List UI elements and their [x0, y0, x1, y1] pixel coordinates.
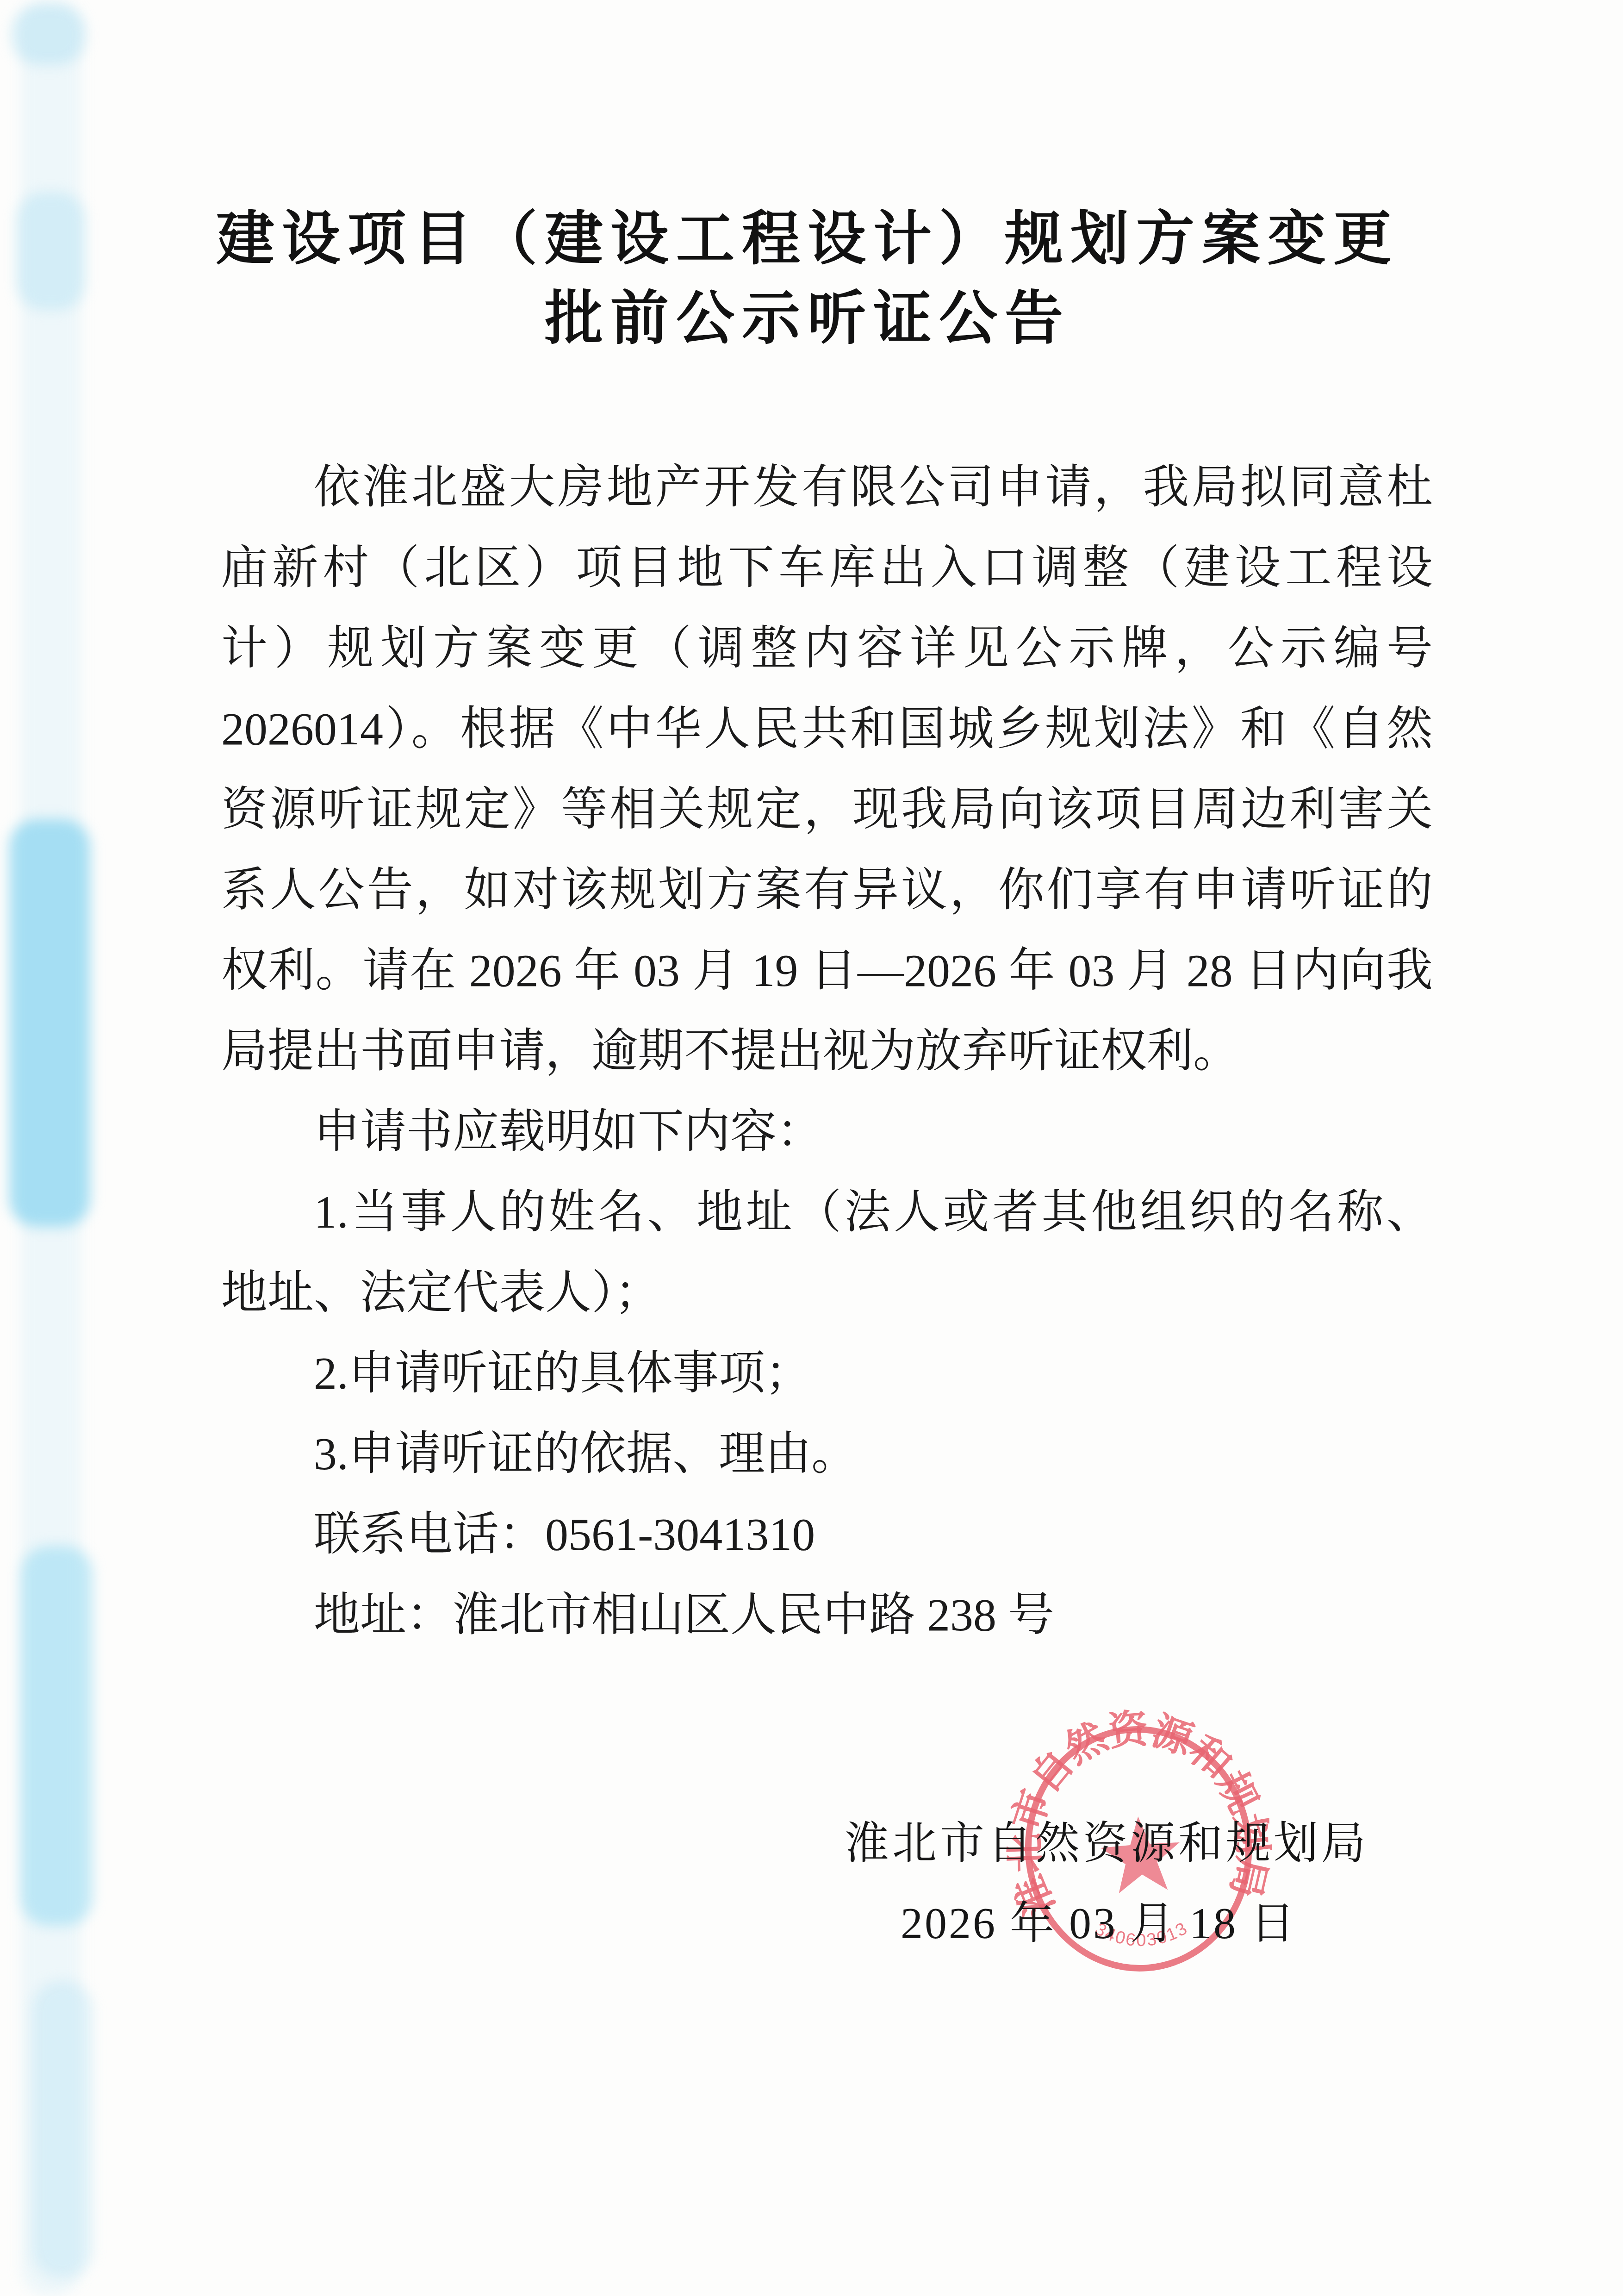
- body-line: 申请书应载明如下内容：: [221, 1092, 1433, 1172]
- body-line: 权利。请在 2026 年 03 月 19 日—2026 年 03 月 28 日内…: [221, 930, 1433, 1011]
- body-line: 计）规划方案变更（调整内容详见公示牌，公示编号: [221, 608, 1433, 689]
- signature-agency: 淮北市自然资源和规划局: [0, 1816, 1369, 1871]
- document-title-line-2: 批前公示听证公告: [0, 279, 1615, 358]
- body-line: 资源听证规定》等相关规定，现我局向该项目周边利害关: [221, 769, 1433, 850]
- seal-arc-text: 淮北市自然资源和规划局: [993, 1698, 1279, 1924]
- body-line-list-item-2: 2.申请听证的具体事项；: [221, 1333, 1433, 1414]
- body-line-list-item-1: 1.当事人的姓名、地址（法人或者其他组织的名称、: [221, 1172, 1433, 1253]
- scan-edge-streak: [9, 819, 90, 1227]
- body-line: 地址、法定代表人）；: [221, 1253, 1433, 1333]
- body-line: 依淮北盛大房地产开发有限公司申请，我局拟同意杜: [221, 447, 1433, 528]
- scan-edge-streak: [32, 1981, 93, 2277]
- body-line: 局提出书面申请，逾期不提出视为放弃听证权利。: [221, 1011, 1433, 1092]
- body-line: 系人公告，如对该规划方案有异议，你们享有申请听证的: [221, 850, 1433, 930]
- body-line: 2026014）。根据《中华人民共和国城乡规划法》和《自然: [221, 689, 1433, 769]
- signature-date: 2026 年 03 月 18 日: [0, 1896, 1297, 1951]
- body-line: 庙新村（北区）项目地下车库出入口调整（建设工程设: [221, 528, 1433, 608]
- document-title-line-1: 建设项目（建设工程设计）规划方案变更: [0, 199, 1615, 279]
- contact-address-line: 地址：淮北市相山区人民中路 238 号: [221, 1575, 1433, 1655]
- scanned-notice-page: 建设项目（建设工程设计）规划方案变更 批前公示听证公告 依淮北盛大房地产开发有限…: [0, 0, 1623, 2296]
- scan-edge-streak: [12, 5, 86, 65]
- document-title: 建设项目（建设工程设计）规划方案变更 批前公示听证公告: [0, 199, 1615, 358]
- document-body: 依淮北盛大房地产开发有限公司申请，我局拟同意杜 庙新村（北区）项目地下车库出入口…: [221, 447, 1433, 1655]
- contact-phone-line: 联系电话：0561-3041310: [221, 1494, 1433, 1575]
- body-line-list-item-3: 3.申请听证的依据、理由。: [221, 1414, 1433, 1494]
